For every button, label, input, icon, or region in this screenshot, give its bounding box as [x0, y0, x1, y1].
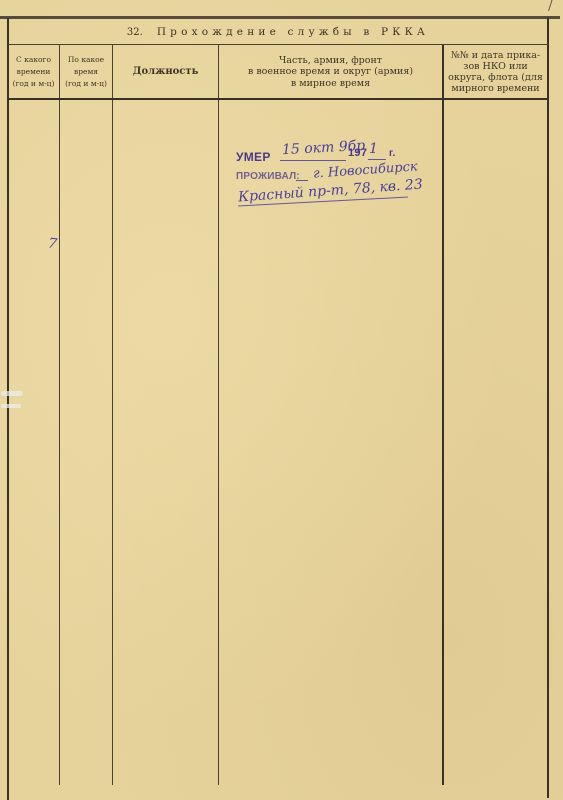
- column-header-unit: Часть, армия, фронт в военное время и ок…: [219, 46, 442, 98]
- died-year-underline: [368, 159, 386, 160]
- died-year-printed: 197: [348, 147, 367, 159]
- column-divider-1: [59, 45, 60, 785]
- section-title-text: Прохождение службы в РККА: [157, 26, 429, 38]
- staple-mark-top: [1, 391, 23, 396]
- section-title: 32.Прохождение службы в РККА: [8, 20, 548, 44]
- staple-mark-bottom: [1, 404, 21, 408]
- died-year-handwritten: 1: [369, 141, 378, 157]
- margin-ink-mark: 7: [47, 235, 58, 252]
- table-right-border: [547, 18, 549, 798]
- column-header-to-date: По какое время (год и м-ц): [60, 46, 112, 98]
- archive-document-page: / 32.Прохождение службы в РККА С какого …: [0, 0, 563, 800]
- column-divider-2: [112, 45, 113, 785]
- died-date-underline: [280, 160, 346, 161]
- column-header-from-date: С какого времени (год и м-ц): [8, 46, 59, 98]
- corner-pencil-mark: /: [548, 0, 553, 14]
- header-row-divider: [8, 98, 548, 100]
- column-divider-3: [218, 45, 219, 785]
- year-suffix: г.: [389, 148, 396, 159]
- table-left-border: [7, 18, 9, 800]
- top-rule: [0, 16, 560, 19]
- title-row-divider: [8, 44, 548, 45]
- residence-dash: [296, 180, 308, 181]
- section-number: 32.: [127, 27, 143, 38]
- residence-label: ПРОЖИВАЛ:: [236, 171, 300, 182]
- column-divider-4: [442, 45, 444, 785]
- died-label: УМЕР: [236, 150, 271, 164]
- column-header-orders: №№ и дата прика- зов НКО или округа, фло…: [444, 46, 547, 98]
- column-header-position: Должность: [113, 46, 218, 98]
